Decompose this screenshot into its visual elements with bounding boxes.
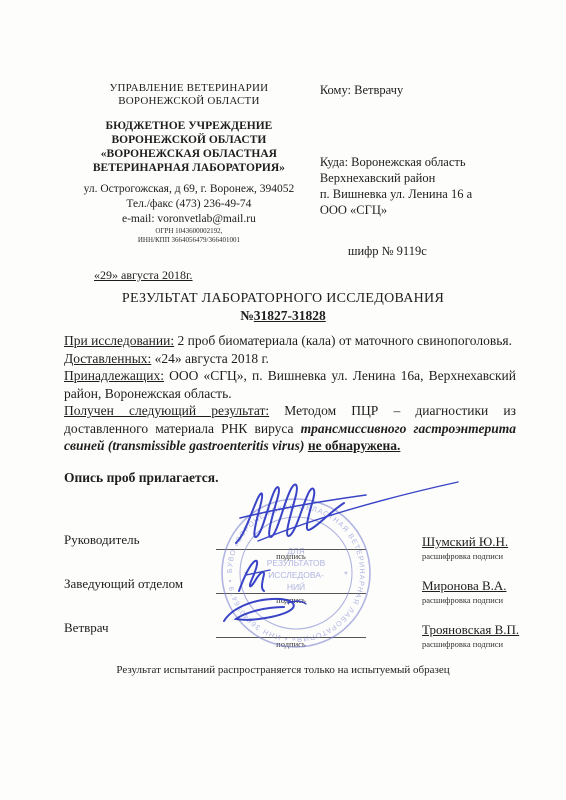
recipient-line4: ООО «СГЦ» xyxy=(320,202,526,218)
paragraph-result: Получен следующий результат: Методом ПЦР… xyxy=(64,402,516,455)
signature-line xyxy=(216,534,366,550)
paragraph-belongs: Принадлежащих: ООО «СГЦ», п. Вишневка ул… xyxy=(64,367,516,402)
org-registration: ОГРН 1043600002192, ИНН/КПП 3664056479/3… xyxy=(64,227,314,245)
paragraph-research: При исследовании: 2 проб биоматериала (к… xyxy=(64,332,516,350)
signature-line xyxy=(216,578,366,594)
title-number: №31827-31828 xyxy=(0,308,566,324)
result-conclusion: не обнаружена. xyxy=(308,438,401,453)
signature-name-caption: расшифровка подписи xyxy=(422,638,519,649)
research-label: При исследовании: xyxy=(64,333,174,348)
belongs-label: Принадлежащих: xyxy=(64,368,164,383)
title-number-value: 31827-31828 xyxy=(254,308,326,323)
signature-name-caption: расшифровка подписи xyxy=(422,594,507,605)
footer-note: Результат испытаний распространяется тол… xyxy=(0,664,566,676)
document-body: При исследовании: 2 проб биоматериала (к… xyxy=(64,332,516,486)
signature-caption: подпись xyxy=(216,638,366,649)
organization-name: БЮДЖЕТНОЕ УЧРЕЖДЕНИЕ ВОРОНЕЖСКОЙ ОБЛАСТИ… xyxy=(64,119,314,175)
signature-caption: подпись xyxy=(216,594,366,605)
signature-row-vet: Ветврач подпись Трояновская В.П. расшифр… xyxy=(64,620,526,649)
signature-row-dept: Заведующий отделом подпись Миронова В.А.… xyxy=(64,576,526,605)
recipient-line3: п. Вишневка ул. Ленина 16 а xyxy=(320,186,526,202)
signature-role: Ветврач xyxy=(64,620,216,636)
signature-field: подпись xyxy=(216,534,366,561)
signature-role: Заведующий отделом xyxy=(64,576,216,592)
recipient-line1: Куда: Воронежская область xyxy=(320,154,526,170)
delivered-text: «24» августа 2018 г. xyxy=(151,351,269,366)
paragraph-delivered: Доставленных: «24» августа 2018 г. xyxy=(64,350,516,368)
authority-line2: ВОРОНЕЖСКОЙ ОБЛАСТИ xyxy=(64,95,314,108)
signature-line xyxy=(216,622,366,638)
letterhead-right: Кому: Ветврачу Куда: Воронежская область… xyxy=(320,82,526,283)
org-line1: БЮДЖЕТНОЕ УЧРЕЖДЕНИЕ xyxy=(64,119,314,133)
signature-role: Руководитель xyxy=(64,532,216,548)
signature-name: Трояновская В.П. xyxy=(422,622,519,638)
cipher-number: шифр № 9119с xyxy=(348,243,526,259)
org-email: e-mail: voronvetlab@mail.ru xyxy=(64,212,314,227)
letterhead-left: УПРАВЛЕНИЕ ВЕТЕРИНАРИИ ВОРОНЕЖСКОЙ ОБЛАС… xyxy=(64,82,314,283)
signature-caption: подпись xyxy=(216,550,366,561)
recipient-to: Кому: Ветврачу xyxy=(320,82,526,98)
result-label: Получен следующий результат: xyxy=(64,403,269,418)
org-line4: ВЕТЕРИНАРНАЯ ЛАБОРАТОРИЯ» xyxy=(64,161,314,175)
signature-name-block: Трояновская В.П. расшифровка подписи xyxy=(422,622,519,649)
org-line2: ВОРОНЕЖСКОЙ ОБЛАСТИ xyxy=(64,133,314,147)
delivered-label: Доставленных: xyxy=(64,351,151,366)
org-line3: «ВОРОНЕЖСКАЯ ОБЛАСТНАЯ xyxy=(64,147,314,161)
authority-line1: УПРАВЛЕНИЕ ВЕТЕРИНАРИИ xyxy=(64,82,314,95)
attachment-note: Опись проб прилагается. xyxy=(64,469,516,487)
recipient-line2: Верхнехавский район xyxy=(320,170,526,186)
recipient-where: Куда: Воронежская область Верхнехавский … xyxy=(320,154,526,218)
org-ogrn: ОГРН 1043600002192, xyxy=(64,227,314,236)
signature-ink-head-cross xyxy=(240,495,366,518)
signature-field: подпись xyxy=(216,578,366,605)
signature-block: Руководитель подпись Шумский Ю.Н. расшиф… xyxy=(64,532,526,649)
org-phone: Тел./факс (473) 236-49-74 xyxy=(64,197,314,212)
title-text: РЕЗУЛЬТАТ ЛАБОРАТОРНОГО ИССЛЕДОВАНИЯ xyxy=(0,291,566,307)
research-text: 2 проб биоматериала (кала) от маточного … xyxy=(174,333,512,348)
org-address: ул. Острогожская, д 69, г. Воронеж, 3940… xyxy=(64,182,314,197)
org-inn-kpp: ИНН/КПП 3664056479/366401001 xyxy=(64,236,314,245)
signature-name-block: Миронова В.А. расшифровка подписи xyxy=(422,578,507,605)
signature-name-block: Шумский Ю.Н. расшифровка подписи xyxy=(422,534,508,561)
signature-row-head: Руководитель подпись Шумский Ю.Н. расшиф… xyxy=(64,532,526,561)
authority-name: УПРАВЛЕНИЕ ВЕТЕРИНАРИИ ВОРОНЕЖСКОЙ ОБЛАС… xyxy=(64,82,314,108)
document-title: РЕЗУЛЬТАТ ЛАБОРАТОРНОГО ИССЛЕДОВАНИЯ №31… xyxy=(0,291,566,324)
document-date: «29» августа 2018г. xyxy=(64,268,314,283)
org-contacts: ул. Острогожская, д 69, г. Воронеж, 3940… xyxy=(64,182,314,227)
title-number-prefix: № xyxy=(240,308,254,323)
signature-name: Миронова В.А. xyxy=(422,578,507,594)
signature-name-caption: расшифровка подписи xyxy=(422,550,508,561)
document-page: УПРАВЛЕНИЕ ВЕТЕРИНАРИИ ВОРОНЕЖСКОЙ ОБЛАС… xyxy=(0,0,566,800)
signature-field: подпись xyxy=(216,622,366,649)
letterhead: УПРАВЛЕНИЕ ВЕТЕРИНАРИИ ВОРОНЕЖСКОЙ ОБЛАС… xyxy=(0,0,566,283)
signature-name: Шумский Ю.Н. xyxy=(422,534,508,550)
